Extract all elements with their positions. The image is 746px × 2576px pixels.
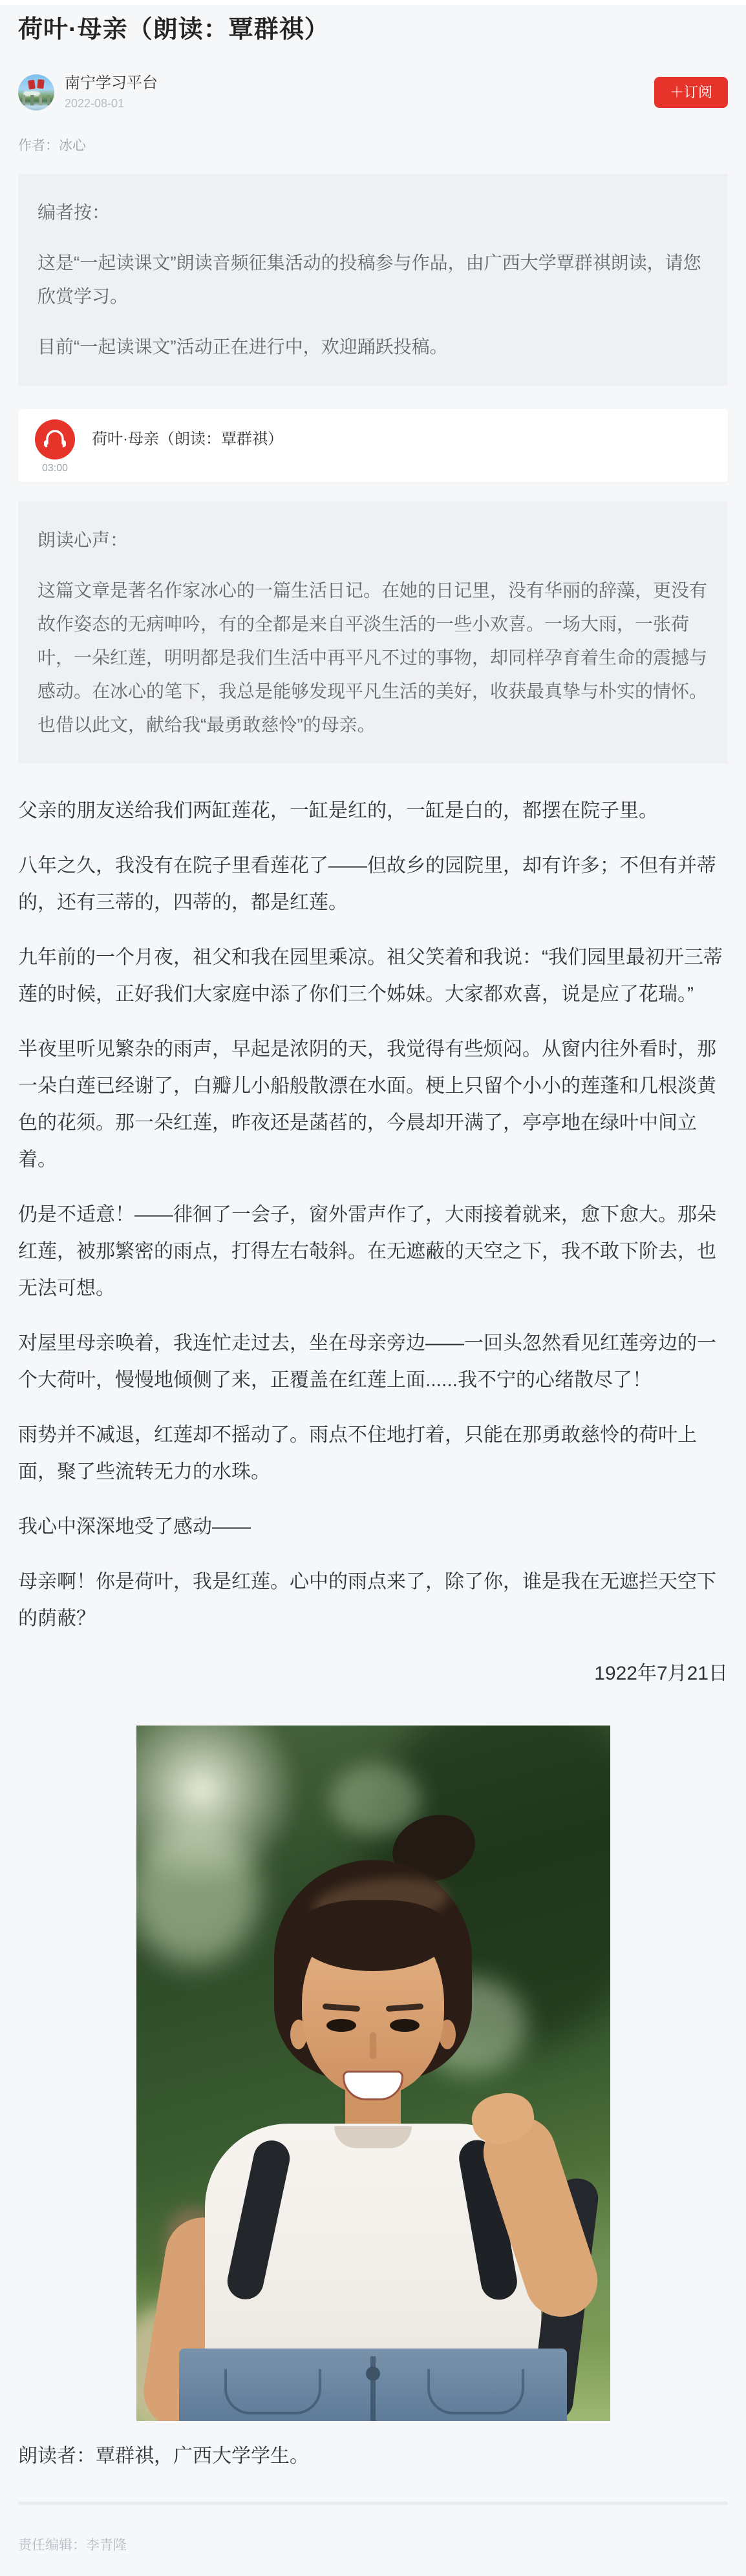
article-paragraph: 父亲的朋友送给我们两缸莲花，一缸是红的，一缸是白的，都摆在院子里。 (18, 792, 728, 829)
reader-credit-line: 朗读者：覃群祺，广西大学学生。 (18, 2438, 728, 2475)
reading-note-box: 朗读心声： 这篇文章是著名作家冰心的一篇生活日记。在她的日记里，没有华丽的辞藻，… (18, 501, 728, 764)
photo-light-patch (330, 1764, 421, 1835)
editor-note-heading: 编者按： (37, 196, 709, 229)
audio-controls: 03:00 (35, 419, 75, 474)
article-body: 父亲的朋友送给我们两缸莲花，一缸是红的，一缸是白的，都摆在院子里。 八年之久，我… (18, 792, 728, 1692)
editor-note-box: 编者按： 这是“一起读课文”朗读音频征集活动的投稿参与作品，由广西大学覃群祺朗读… (18, 174, 728, 386)
top-strip (0, 0, 746, 5)
article-paragraph: 我心中深深地受了感动—— (18, 1508, 728, 1545)
avatar-skyline-art (18, 95, 54, 105)
responsible-editor-line: 责任编辑：李青隆 (18, 2535, 728, 2554)
article-paragraph: 雨势并不减退，红莲却不摇动了。雨点不住地打着，只能在那勇敢慈怜的荷叶上面，聚了些… (18, 1417, 728, 1490)
photo-jeans-seam (370, 2356, 376, 2421)
audio-duration: 03:00 (42, 463, 68, 474)
headphones-icon (44, 429, 66, 450)
article-paragraph: 九年前的一个月夜，祖父和我在园里乘凉。祖父笑着和我说：“我们园里最初开三蒂莲的时… (18, 939, 728, 1013)
publisher-text: 南宁学习平台 2022-08-01 (65, 74, 158, 111)
audio-play-button[interactable] (35, 419, 75, 459)
article-page: 荷叶·母亲（朗读：覃群祺） 南宁学习平台 2022-08-01 ＋订阅 作者：冰… (0, 5, 746, 2554)
photo-light-patch (136, 1822, 259, 1965)
publisher-info[interactable]: 南宁学习平台 2022-08-01 (18, 74, 158, 111)
page-title: 荷叶·母亲（朗读：覃群祺） (18, 5, 728, 46)
publisher-name[interactable]: 南宁学习平台 (65, 74, 158, 93)
photo-jeans-button (366, 2367, 380, 2381)
audio-title: 荷叶·母亲（朗读：覃群祺） (92, 419, 283, 459)
publisher-avatar[interactable] (18, 74, 54, 111)
publish-date: 2022-08-01 (65, 97, 158, 111)
author-line: 作者：冰心 (18, 135, 728, 154)
reading-note-paragraph: 这篇文章是著名作家冰心的一篇生活日记。在她的日记里，没有华丽的辞藻，更没有故作姿… (37, 574, 709, 742)
article-paragraph: 仍是不适意！——徘徊了一会子，窗外雷声作了，大雨接着就来，愈下愈大。那朵红莲，被… (18, 1196, 728, 1307)
publisher-row: 南宁学习平台 2022-08-01 ＋订阅 (18, 74, 728, 111)
footer-divider (18, 2502, 728, 2505)
editor-note-paragraph: 目前“一起读课文”活动正在进行中，欢迎踊跃投稿。 (37, 330, 709, 364)
subscribe-button[interactable]: ＋订阅 (654, 77, 728, 108)
editor-note-paragraph: 这是“一起读课文”朗读音频征集活动的投稿参与作品，由广西大学覃群祺朗读，请您欣赏… (37, 246, 709, 313)
audio-player-card: 03:00 荷叶·母亲（朗读：覃群祺） (18, 409, 728, 482)
article-paragraph: 对屋里母亲唤着，我连忙走过去，坐在母亲旁边——一回头忽然看见红莲旁边的一个大荷叶… (18, 1325, 728, 1399)
article-paragraph: 母亲啊！你是荷叶，我是红莲。心中的雨点来了，除了你，谁是我在无遮拦天空下的荫蔽？ (18, 1563, 728, 1637)
photo-nose (370, 2032, 376, 2059)
photo-jeans-pocket (427, 2369, 524, 2414)
reader-photo (136, 1726, 610, 2421)
article-date-line: 1922年7月21日 (18, 1655, 728, 1692)
avatar-calligraphy-art (28, 80, 36, 90)
avatar-calligraphy-art (37, 79, 44, 89)
photo-collar (334, 2126, 412, 2148)
reading-note-heading: 朗读心声： (37, 523, 709, 557)
photo-jeans-pocket (224, 2369, 321, 2414)
article-paragraph: 半夜里听见繁杂的雨声，早起是浓阴的天，我觉得有些烦闷。从窗内往外看时，那一朵白莲… (18, 1031, 728, 1178)
photo-hairline (297, 1900, 449, 1971)
article-paragraph: 八年之久，我没有在院子里看莲花了——但故乡的园院里，却有许多；不但有并蒂的，还有… (18, 847, 728, 921)
